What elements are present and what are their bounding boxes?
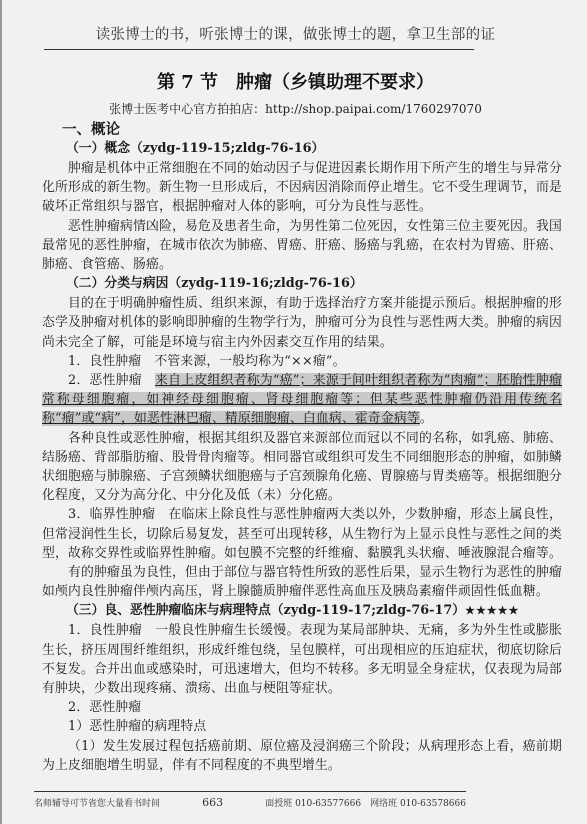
footer-divider — [34, 791, 466, 792]
item-malignant-heading: 2．恶性肿瘤 — [42, 698, 562, 717]
footer-contact: 面授班 010-63577666 网络班 010-63578666 — [265, 796, 466, 809]
document-page: 读张博士的书，听张博士的课，做张博士的题，拿卫生部的证 第 7 节 肿瘤（乡镇助… — [0, 0, 587, 824]
item-label: 2．恶性肿瘤 — [68, 373, 155, 388]
heading-concept: （一）概念（zydg-119-15;zldg-76-16） — [42, 139, 562, 159]
item-benign-naming: 1．良性肿瘤 不管来源，一般均称为“××瘤”。 — [42, 352, 562, 371]
shop-link-line: 张博士医考中心官方拍拍店：http://shop.paipai.com/1760… — [2, 100, 587, 117]
paragraph-definition: 肿瘤是机体中正常细胞在不同的始动因子与促进因素长期作用下所产生的增生与异常分化所… — [42, 159, 562, 217]
paragraph-classification: 目的在于明确肿瘤性质、组织来源，有助于选择治疗方案并能提示预后。根据肿瘤的形态学… — [42, 294, 562, 352]
item-label: 1．良性肿瘤 — [68, 354, 154, 369]
subitem-pathology-heading: 1）恶性肿瘤的病理特点 — [42, 717, 562, 736]
paragraph-malignancy-stats: 恶性肿瘤病情凶险，易危及患者生命，为男性第二位死因，女性第三位主要死因。我国最常… — [42, 217, 562, 275]
page-footer: 名师辅导可节省您大量看书时间 663 面授班 010-63577666 网络班 … — [34, 796, 466, 809]
item-benign-features: 1．良性肿瘤 一般良性肿瘤生长缓慢。表现为某局部肿块、无痛，多为外生性或膨胀生长… — [42, 621, 562, 698]
item-label: 3．临界性肿瘤 — [68, 507, 168, 522]
item-end: 。 — [420, 411, 433, 426]
heading-text: （三）良、恶性肿瘤临床与病理特点（zydg-119-17;zldg-76-17） — [66, 603, 465, 618]
section-title: 第 7 节 肿瘤（乡镇助理不要求） — [2, 68, 587, 94]
item-label: 1．良性肿瘤 — [68, 623, 155, 638]
header-divider — [44, 49, 474, 50]
importance-stars-icon: ★★★★★ — [465, 604, 519, 617]
item-borderline-tumor: 3．临界性肿瘤 在临床上除良性与恶性肿瘤两大类以外，少数肿瘤，形态上属良性，但常… — [42, 505, 562, 563]
page-number: 663 — [202, 796, 223, 809]
paragraph-benign-malignant-behavior: 有的肿瘤虽为良性，但由于部位与器官特性所致的恶性后果，显示生物行为恶性的肿瘤如颅… — [42, 563, 562, 601]
item-text: 不管来源，一般均称为“××瘤”。 — [154, 354, 345, 369]
header-slogan: 读张博士的书，听张博士的课，做张博士的题，拿卫生部的证 — [2, 23, 587, 44]
footer-left-text: 名师辅导可节省您大量看书时间 — [34, 796, 160, 809]
heading-classification: （二）分类与病因（zydg-119-16;zldg-76-16） — [42, 274, 562, 294]
heading-overview: 一、概论 — [42, 120, 562, 139]
body-content: 一、概论 （一）概念（zydg-119-15;zldg-76-16） 肿瘤是机体… — [42, 120, 562, 775]
heading-clinical-features: （三）良、恶性肿瘤临床与病理特点（zydg-119-17;zldg-76-17）… — [42, 601, 562, 621]
paragraph-pathology-stages: （1）发生发展过程包括癌前期、原位癌及浸润癌三个阶段；从病理形态上看，癌前期为上… — [42, 737, 562, 775]
paragraph-naming-examples: 各种良性或恶性肿瘤，根据其组织及器官来源部位而冠以不同的名称，如乳癌、肺癌、结肠… — [42, 429, 562, 506]
item-malignant-naming: 2．恶性肿瘤 来自上皮组织者称为“癌”；来源于间叶组织者称为“肉瘤”；胚胎性肿瘤… — [42, 371, 562, 429]
